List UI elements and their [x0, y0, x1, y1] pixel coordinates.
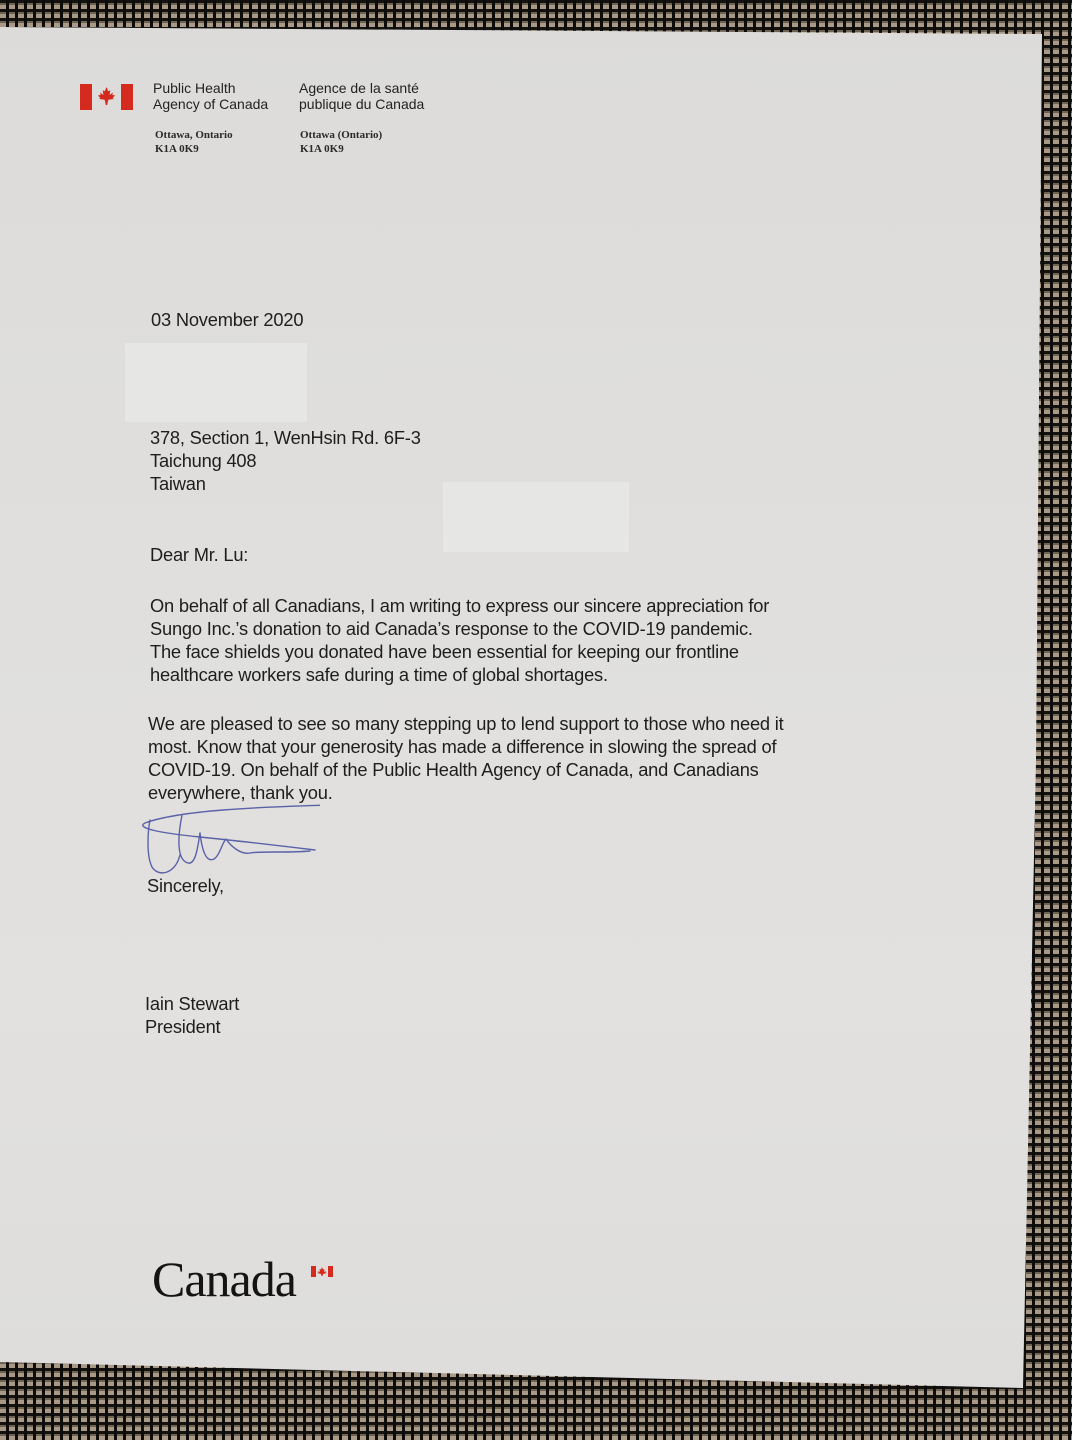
paragraph-2: We are pleased to see so many stepping u… [148, 712, 784, 804]
agency-postal-fr: K1A 0K9 [300, 142, 382, 156]
recipient-country: Taiwan [150, 472, 421, 495]
canada-wordmark-text: Canada [152, 1251, 296, 1307]
agency-name-fr-line2: publique du Canada [299, 96, 424, 112]
redacted-block [443, 482, 629, 552]
closing: Sincerely, [147, 874, 224, 897]
paragraph-1-line: healthcare workers safe during a time of… [150, 663, 769, 686]
signatory-name: Iain Stewart [145, 992, 239, 1015]
signatory: Iain Stewart President [145, 992, 239, 1038]
agency-name-fr: Agence de la santé publique du Canada [299, 80, 424, 112]
paragraph-2-line: We are pleased to see so many stepping u… [148, 712, 784, 735]
agency-name-en-line1: Public Health [153, 80, 268, 96]
agency-name-fr-line1: Agence de la santé [299, 80, 424, 96]
agency-postal-en: K1A 0K9 [155, 142, 233, 156]
canada-wordmark-flag-icon [311, 1266, 333, 1277]
paragraph-2-line: COVID-19. On behalf of the Public Health… [148, 758, 784, 781]
canada-flag-icon [80, 84, 133, 110]
agency-address-fr: Ottawa (Ontario) K1A 0K9 [300, 128, 382, 156]
paragraph-1: On behalf of all Canadians, I am writing… [150, 594, 769, 686]
signatory-title: President [145, 1015, 239, 1038]
redacted-recipient-name [125, 343, 307, 422]
paragraph-1-line: On behalf of all Canadians, I am writing… [150, 594, 769, 617]
recipient-address: 378, Section 1, WenHsin Rd. 6F-3 Taichun… [150, 426, 421, 495]
salutation: Dear Mr. Lu: [150, 543, 248, 566]
recipient-city: Taichung 408 [150, 449, 421, 472]
agency-address-en: Ottawa, Ontario K1A 0K9 [155, 128, 233, 156]
agency-name-en-line2: Agency of Canada [153, 96, 268, 112]
agency-city-fr: Ottawa (Ontario) [300, 128, 382, 142]
paragraph-1-line: The face shields you donated have been e… [150, 640, 769, 663]
agency-name-en: Public Health Agency of Canada [153, 80, 268, 112]
recipient-street: 378, Section 1, WenHsin Rd. 6F-3 [150, 426, 421, 449]
agency-city-en: Ottawa, Ontario [155, 128, 233, 142]
paragraph-1-line: Sungo Inc.’s donation to aid Canada’s re… [150, 617, 769, 640]
letter-date: 03 November 2020 [151, 308, 303, 331]
paragraph-2-line: most. Know that your generosity has made… [148, 735, 784, 758]
canada-wordmark: Canada [152, 1250, 296, 1308]
